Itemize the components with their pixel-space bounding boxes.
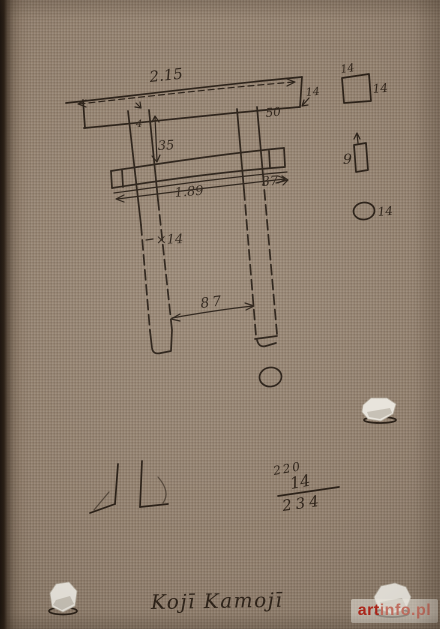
left-leg-inner-dashed bbox=[158, 200, 172, 330]
foot-left-vertical bbox=[115, 464, 118, 504]
feet-sketch bbox=[90, 461, 168, 513]
dim50-label: 50 bbox=[265, 104, 282, 120]
top-beam bbox=[66, 77, 302, 128]
crossbar-right-divider bbox=[269, 151, 270, 168]
dim215-label: 2.15 bbox=[148, 65, 184, 86]
beam-left-edge bbox=[83, 100, 85, 128]
square-label-top: 14 bbox=[340, 61, 356, 76]
x14-dash bbox=[146, 239, 153, 240]
circle-detail: 14 bbox=[353, 201, 394, 220]
dim35-label: 35 bbox=[157, 138, 174, 154]
foot-left-base bbox=[90, 504, 115, 513]
right-leg-outer-dashed bbox=[244, 190, 256, 336]
calculation: 220 14 234 bbox=[271, 459, 339, 515]
rect-label: 9 bbox=[343, 152, 352, 168]
foot-right-vertical bbox=[140, 461, 142, 507]
square-outline bbox=[342, 74, 371, 103]
x14-label: ×14 bbox=[156, 232, 184, 248]
left-leg-foot bbox=[150, 330, 172, 353]
dimension-beam-thickness: 14 bbox=[302, 85, 320, 106]
left-leg-outer-dashed bbox=[141, 225, 150, 331]
stone-bottom-left bbox=[49, 582, 77, 615]
watermark-suffix: info.pl bbox=[380, 603, 431, 619]
beam-top-edge bbox=[66, 77, 302, 103]
right-leg-foot bbox=[255, 336, 277, 346]
tick-arrow bbox=[135, 102, 141, 108]
torii-sketch: 2.15 14 50 4 35 bbox=[0, 0, 440, 629]
crossbar-left-end bbox=[111, 171, 112, 188]
rect-outline bbox=[354, 143, 368, 172]
right-leg-inner bbox=[257, 107, 263, 175]
square-detail: 14 14 bbox=[340, 61, 389, 103]
square-label-right: 14 bbox=[372, 81, 388, 96]
stone-right-middle bbox=[362, 398, 396, 423]
dimension-35: 35 bbox=[152, 116, 175, 162]
dim4-label: 4 bbox=[135, 119, 142, 130]
artist-signature: Kojī Kamojī bbox=[150, 588, 284, 614]
rect-arrow-up bbox=[354, 133, 360, 143]
rect-detail: 9 bbox=[343, 133, 368, 172]
beam14-label: 14 bbox=[305, 85, 320, 99]
foot-right-base bbox=[140, 504, 168, 507]
dimension-87: 87 bbox=[171, 293, 254, 321]
small-circle bbox=[258, 366, 282, 388]
foot-right-curve bbox=[158, 477, 166, 503]
dim215-line bbox=[79, 82, 294, 104]
circle-label: 14 bbox=[377, 204, 393, 219]
calc-addend2: 14 bbox=[288, 471, 311, 493]
watermark: artinfo.pl bbox=[351, 599, 438, 623]
dimension-leg-width: ×14 bbox=[146, 232, 184, 248]
canvas-photo: 2.15 14 50 4 35 bbox=[0, 0, 440, 629]
watermark-prefix: art bbox=[358, 603, 380, 619]
beam14-arrow bbox=[302, 98, 309, 106]
right-leg-outer bbox=[237, 109, 244, 190]
right-leg bbox=[237, 107, 277, 346]
dimension-37: 37 bbox=[261, 174, 288, 190]
dim87-label: 87 bbox=[200, 293, 226, 312]
beam-right-edge bbox=[300, 77, 302, 107]
dim189-label: 1.89 bbox=[174, 184, 204, 201]
crossbar-top-edge bbox=[111, 148, 284, 171]
right-leg-inner-dashed bbox=[263, 175, 277, 334]
dimension-215: 2.15 bbox=[78, 65, 295, 107]
circle-outline bbox=[353, 201, 376, 220]
dim37-label: 37 bbox=[261, 174, 279, 190]
crossbar-right-end bbox=[284, 148, 285, 166]
crossbar-left-divider bbox=[122, 170, 123, 187]
dimension-4: 4 bbox=[135, 102, 142, 130]
